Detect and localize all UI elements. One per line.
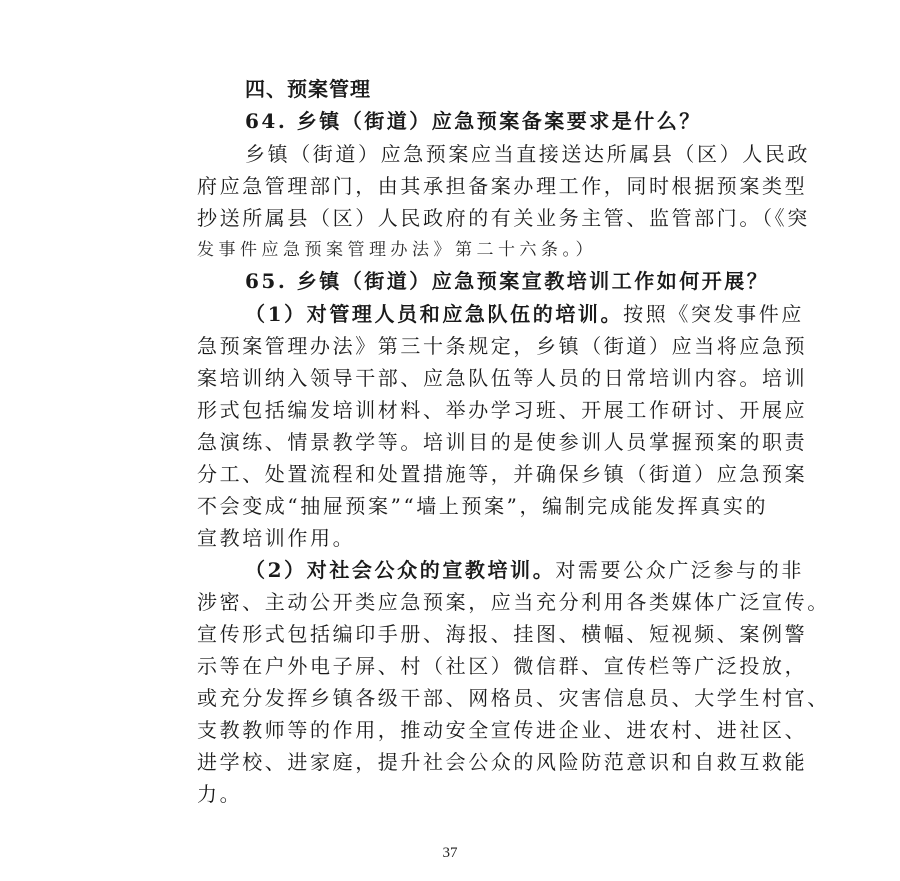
item2-first-rest: 对需要公众广泛参与的非	[555, 558, 804, 582]
answer-65-item2-line-8: 力。	[197, 779, 693, 809]
answer-65-item2-line-7: 进学校、进家庭，提升社会公众的风险防范意识和自救互救能	[197, 747, 693, 777]
page-number: 37	[0, 845, 900, 862]
answer-65-item1-line-1: （1）对管理人员和应急队伍的培训。按照《突发事件应	[245, 299, 693, 329]
answer-65-item2-line-6: 支教教师等的作用，推动安全宣传进企业、进农村、进社区、	[197, 715, 693, 745]
answer-64-line-2: 府应急管理部门，由其承担备案办理工作，同时根据预案类型	[197, 171, 693, 201]
answer-65-item1-line-7: 不会变成“抽屉预案”“墙上预案”，编制完成能发挥真实的	[197, 491, 693, 521]
answer-65-item1-line-2: 急预案管理办法》第三十条规定，乡镇（街道）应当将应急预	[197, 331, 693, 361]
answer-64-line-3: 抄送所属县（区）人民政府的有关业务主管、监管部门。（《突	[197, 203, 693, 233]
answer-65-item2-line-2: 涉密、主动公开类应急预案，应当充分利用各类媒体广泛宣传。	[197, 587, 693, 617]
answer-64-line-4: 发事件应急预案管理办法》第二十六条。）	[197, 235, 693, 265]
answer-64-line-1: 乡镇（街道）应急预案应当直接送达所属县（区）人民政	[245, 139, 693, 169]
answer-65-item1-line-8: 宣教培训作用。	[197, 523, 693, 553]
document-page: 四、预案管理 64. 乡镇（街道）应急预案备案要求是什么？ 乡镇（街道）应急预案…	[0, 0, 900, 881]
answer-65-item2-line-5: 或充分发挥乡镇各级干部、网格员、灾害信息员、大学生村官、	[197, 683, 693, 713]
question-65: 65. 乡镇（街道）应急预案宣教培训工作如何开展？	[245, 266, 769, 296]
answer-65-item1-line-5: 急演练、情景教学等。培训目的是使参训人员掌握预案的职责	[197, 427, 693, 457]
answer-65-item1-line-6: 分工、处置流程和处置措施等，并确保乡镇（街道）应急预案	[197, 459, 693, 489]
answer-65-item1-line-4: 形式包括编发培训材料、举办学习班、开展工作研讨、开展应	[197, 395, 693, 425]
answer-65-item2-line-4: 示等在户外电子屏、村（社区）微信群、宣传栏等广泛投放，	[197, 651, 693, 681]
item1-first-rest: 按照《突发事件应	[623, 302, 804, 326]
question-64: 64. 乡镇（街道）应急预案备案要求是什么？	[245, 106, 702, 136]
answer-65-item1-line-3: 案培训纳入领导干部、应急队伍等人员的日常培训内容。培训	[197, 363, 693, 393]
item2-lead: （2）对社会公众的宣教培训。	[245, 558, 555, 582]
section-title: 四、预案管理	[245, 74, 371, 104]
answer-65-item2-line-3: 宣传形式包括编印手册、海报、挂图、横幅、短视频、案例警	[197, 619, 693, 649]
item1-lead: （1）对管理人员和应急队伍的培训。	[245, 302, 623, 326]
answer-65-item2-line-1: （2）对社会公众的宣教培训。对需要公众广泛参与的非	[245, 555, 693, 585]
